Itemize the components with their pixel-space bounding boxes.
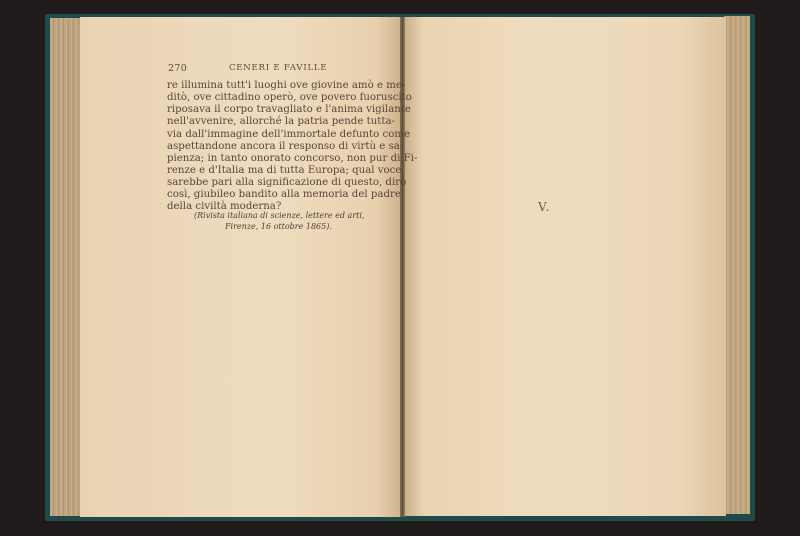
text-line: via dall'immagine dell'immortale defunto… (167, 129, 395, 141)
text-line: pienza; in tanto onorato concorso, non p… (167, 153, 395, 165)
right-page (404, 17, 726, 516)
body-text: re illumina tutt'i luoghi ove giovine am… (167, 80, 395, 214)
text-line: nell'avvenire, allorché la patria pende … (167, 116, 395, 128)
text-line: riposava il corpo travagliato e l'anima … (167, 104, 395, 116)
text-line: ditò, ove cittadino operò, ove povero fu… (167, 92, 395, 104)
citation-line: (Rivista italiana di scienze, lettere ed… (168, 210, 396, 221)
running-title: CENERI E FAVILLE (229, 63, 327, 73)
left-page-edges (50, 18, 82, 516)
source-citation: (Rivista italiana di scienze, lettere ed… (168, 210, 396, 232)
text-line: così, giubileo bandito alla memoria del … (167, 189, 395, 201)
text-line: aspettandone ancora il responso di virtù… (167, 141, 395, 153)
page-number: 270 (168, 63, 187, 74)
text-line: sarebbe pari alla significazione di ques… (167, 177, 395, 189)
right-page-edges (724, 16, 750, 514)
text-line: renze e d'Italia ma di tutta Europa; qua… (167, 165, 395, 177)
section-numeral: V. (538, 200, 550, 214)
citation-line: Firenze, 16 ottobre 1865). (168, 221, 396, 232)
text-line: re illumina tutt'i luoghi ove giovine am… (167, 80, 395, 92)
